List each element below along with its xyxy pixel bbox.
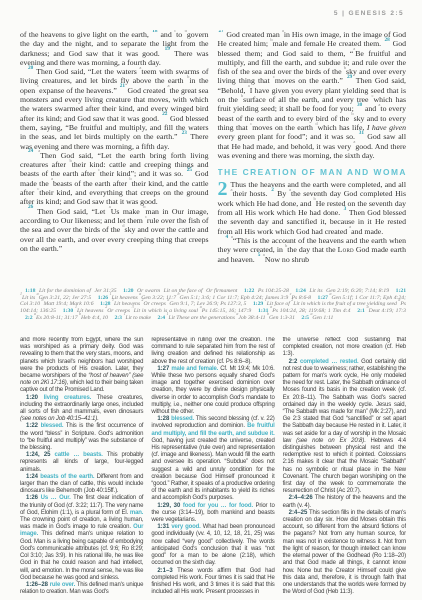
paragraph: 2:4–4:26 The history of the heavens and … — [283, 495, 406, 509]
running-head: 5 | GENESIS 2:5 — [20, 10, 406, 21]
section-heading: THE CREATION OF MAN AND WOMAN — [218, 167, 407, 177]
bible-text: of the heavens to give light on the eart… — [20, 30, 406, 281]
paragraph: 4 a“This is the account of the heavens a… — [218, 236, 407, 264]
paragraph: 1:31 very good. What had been pronounced… — [151, 524, 274, 567]
paragraph: 1:24 beasts of the earth. Different from… — [20, 474, 143, 496]
paragraph: 1:26–28 rule over. This defined man's un… — [20, 582, 143, 595]
paragraph: the universe reflect God sustaining that… — [283, 337, 406, 359]
paragraph: 1:27 male and female. Cf. Mt 19:4; Mk 10… — [151, 366, 274, 416]
paragraph: 26 Then God said, “Let aUs make bman in … — [20, 207, 209, 253]
paragraph: 2:2 completed … rested. God certainly di… — [283, 359, 406, 496]
bible-text-left-column: of the heavens to give light on the eart… — [20, 30, 209, 281]
paragraph: 2:1–3 These words affirm that God had co… — [151, 568, 274, 596]
chapter-opening-paragraph: 2Thus the heavens and the earth were com… — [218, 180, 407, 236]
bible-right-bottom: 4 a“This is the account of the heavens a… — [218, 236, 407, 264]
paragraph: and more recently from Egypt, where the … — [20, 337, 143, 395]
study-notes-middle-column: representative in ruling over the creati… — [151, 337, 274, 595]
paragraph: 1:24, 25 cattle … beasts. This probably … — [20, 452, 143, 474]
paragraph: 27 God created man ain His own image, in… — [218, 30, 407, 160]
paragraph: 24 aThen God said, “Let the earth bring … — [20, 151, 209, 207]
paragraph: 1:20 living creatures. These creatures, … — [20, 395, 143, 424]
cross-reference-block: 1:18 1Lit for the dominion of aJer 31:35… — [20, 288, 406, 325]
chapter-drop-cap: 2 — [218, 181, 228, 197]
chapter-text: Thus the heavens and the earth were comp… — [218, 180, 407, 235]
study-notes: and more recently from Egypt, where the … — [20, 337, 406, 595]
paragraph: of the heavens to give light on the eart… — [20, 30, 209, 67]
bible-page: 5 | GENESIS 2:5 of the heavens to give l… — [0, 0, 422, 600]
paragraph: representative in ruling over the creati… — [151, 337, 274, 366]
paragraph: 1:29, 30 food for you … for food. Prior … — [151, 503, 274, 525]
study-notes-left-column: and more recently from Egypt, where the … — [20, 337, 143, 595]
paragraph: 1:28 blessed. This second blessing (cf. … — [151, 416, 274, 502]
paragraph: 20 Then God said, “Let the waters ateem … — [20, 67, 209, 151]
paragraph: 1:26 Us … Our. The first clear indicatio… — [20, 495, 143, 581]
study-notes-right-column: the universe reflect God sustaining that… — [283, 337, 406, 595]
bible-text-right-column: 27 God created man ain His own image, in… — [218, 30, 407, 281]
bible-right-top: 27 God created man ain His own image, in… — [218, 30, 407, 160]
paragraph: 2:4–25 This section fills in the details… — [283, 510, 406, 595]
paragraph: 1:22 blessed. This is the first occurren… — [20, 423, 143, 452]
